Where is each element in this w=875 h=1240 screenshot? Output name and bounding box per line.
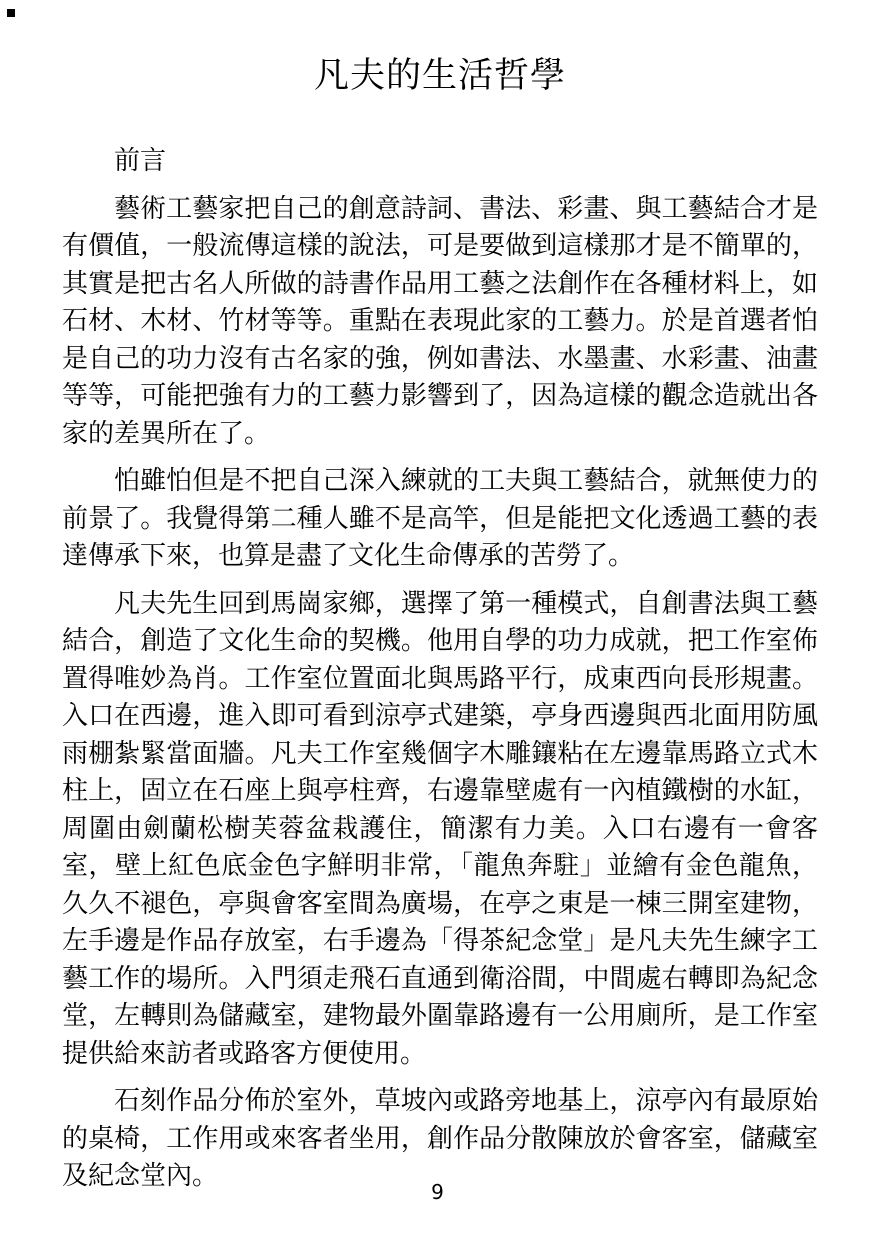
body-paragraph-3: 凡夫先生回到馬崗家鄉，選擇了第一種模式，自創書法與工藝結合，創造了文化生命的契機… [62,585,818,1073]
body-paragraph-4: 石刻作品分佈於室外，草坡內或路旁地基上，涼亭內有最原始的桌椅，工作用或來客者坐用… [62,1082,818,1195]
scan-artifact-mark [7,9,15,17]
page-number: 9 [0,1180,875,1204]
document-title: 凡夫的生活哲學 [62,56,818,96]
document-page: 凡夫的生活哲學 前言 藝術工藝家把自己的創意詩詞、書法、彩畫、與工藝結合才是有價… [0,0,875,1240]
body-paragraph-2: 怕雖怕但是不把自己深入練就的工夫與工藝結合，就無使力的前景了。我覺得第二種人雖不… [62,462,818,575]
section-heading: 前言 [62,142,818,180]
body-paragraph-1: 藝術工藝家把自己的創意詩詞、書法、彩畫、與工藝結合才是有價值，一般流傳這樣的說法… [62,190,818,453]
